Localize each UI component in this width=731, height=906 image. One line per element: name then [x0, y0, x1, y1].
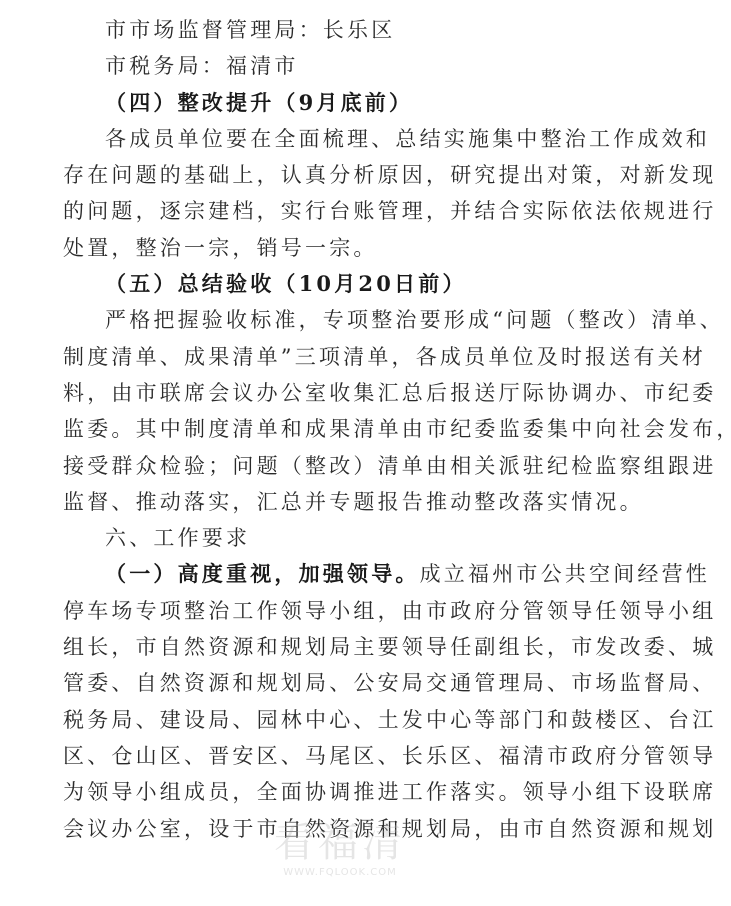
watermark-url: WWW.FQLOOK.COM: [255, 867, 425, 878]
text-run: 成立福州市公共空间经营性: [420, 562, 710, 586]
document-page: 市市场监督管理局：长乐区 市税务局：福清市 （四）整改提升（9月底前） 各成员单…: [63, 12, 673, 847]
text-line: 停车场专项整治工作领导小组，由市政府分管领导任领导小组: [63, 593, 673, 629]
text-line: 的问题，逐宗建档，实行台账管理，并结合实际依法依规进行: [63, 193, 673, 229]
paragraph-first-line: 各成员单位要在全面梳理、总结实施集中整治工作成效和: [63, 121, 673, 157]
text-line: 为领导小组成员，全面协调推进工作落实。领导小组下设联席: [63, 774, 673, 810]
paragraph-first-line: 严格把握验收标准，专项整治要形成“问题（整改）清单、: [63, 302, 673, 338]
text-line: 市税务局：福清市: [63, 48, 673, 84]
text-line: 管委、自然资源和规划局、公安局交通管理局、市场监督局、: [63, 665, 673, 701]
text-line: 税务局、建设局、园林中心、土发中心等部门和鼓楼区、台江: [63, 702, 673, 738]
text-line: 监委。其中制度清单和成果清单由市纪委监委集中向社会发布，: [63, 411, 673, 447]
chapter-heading: 六、工作要求: [63, 520, 673, 556]
inline-heading: （一）高度重视，加强领导。: [105, 561, 420, 586]
text-line: 存在问题的基础上，认真分析原因，研究提出对策，对新发现: [63, 157, 673, 193]
text-line: 市市场监督管理局：长乐区: [63, 12, 673, 48]
section-heading: （四）整改提升（9月底前）: [63, 85, 673, 121]
text-line: 料，由市联席会议办公室收集汇总后报送厅际协调办、市纪委: [63, 375, 673, 411]
text-line: 处置，整治一宗，销号一宗。: [63, 230, 673, 266]
text-line: 组长，市自然资源和规划局主要领导任副组长，市发改委、城: [63, 629, 673, 665]
text-line: 监督、推动落实，汇总并专题报告推动整改落实情况。: [63, 484, 673, 520]
text-line: 会议办公室，设于市自然资源和规划局，由市自然资源和规划: [63, 811, 673, 847]
paragraph-first-line: （一）高度重视，加强领导。成立福州市公共空间经营性: [63, 556, 673, 592]
text-line: 接受群众检验；问题（整改）清单由相关派驻纪检监察组跟进: [63, 448, 673, 484]
text-line: 制度清单、成果清单”三项清单，各成员单位及时报送有关材: [63, 339, 673, 375]
text-line: 区、仓山区、晋安区、马尾区、长乐区、福清市政府分管领导: [63, 738, 673, 774]
section-heading: （五）总结验收（10月20日前）: [63, 266, 673, 302]
